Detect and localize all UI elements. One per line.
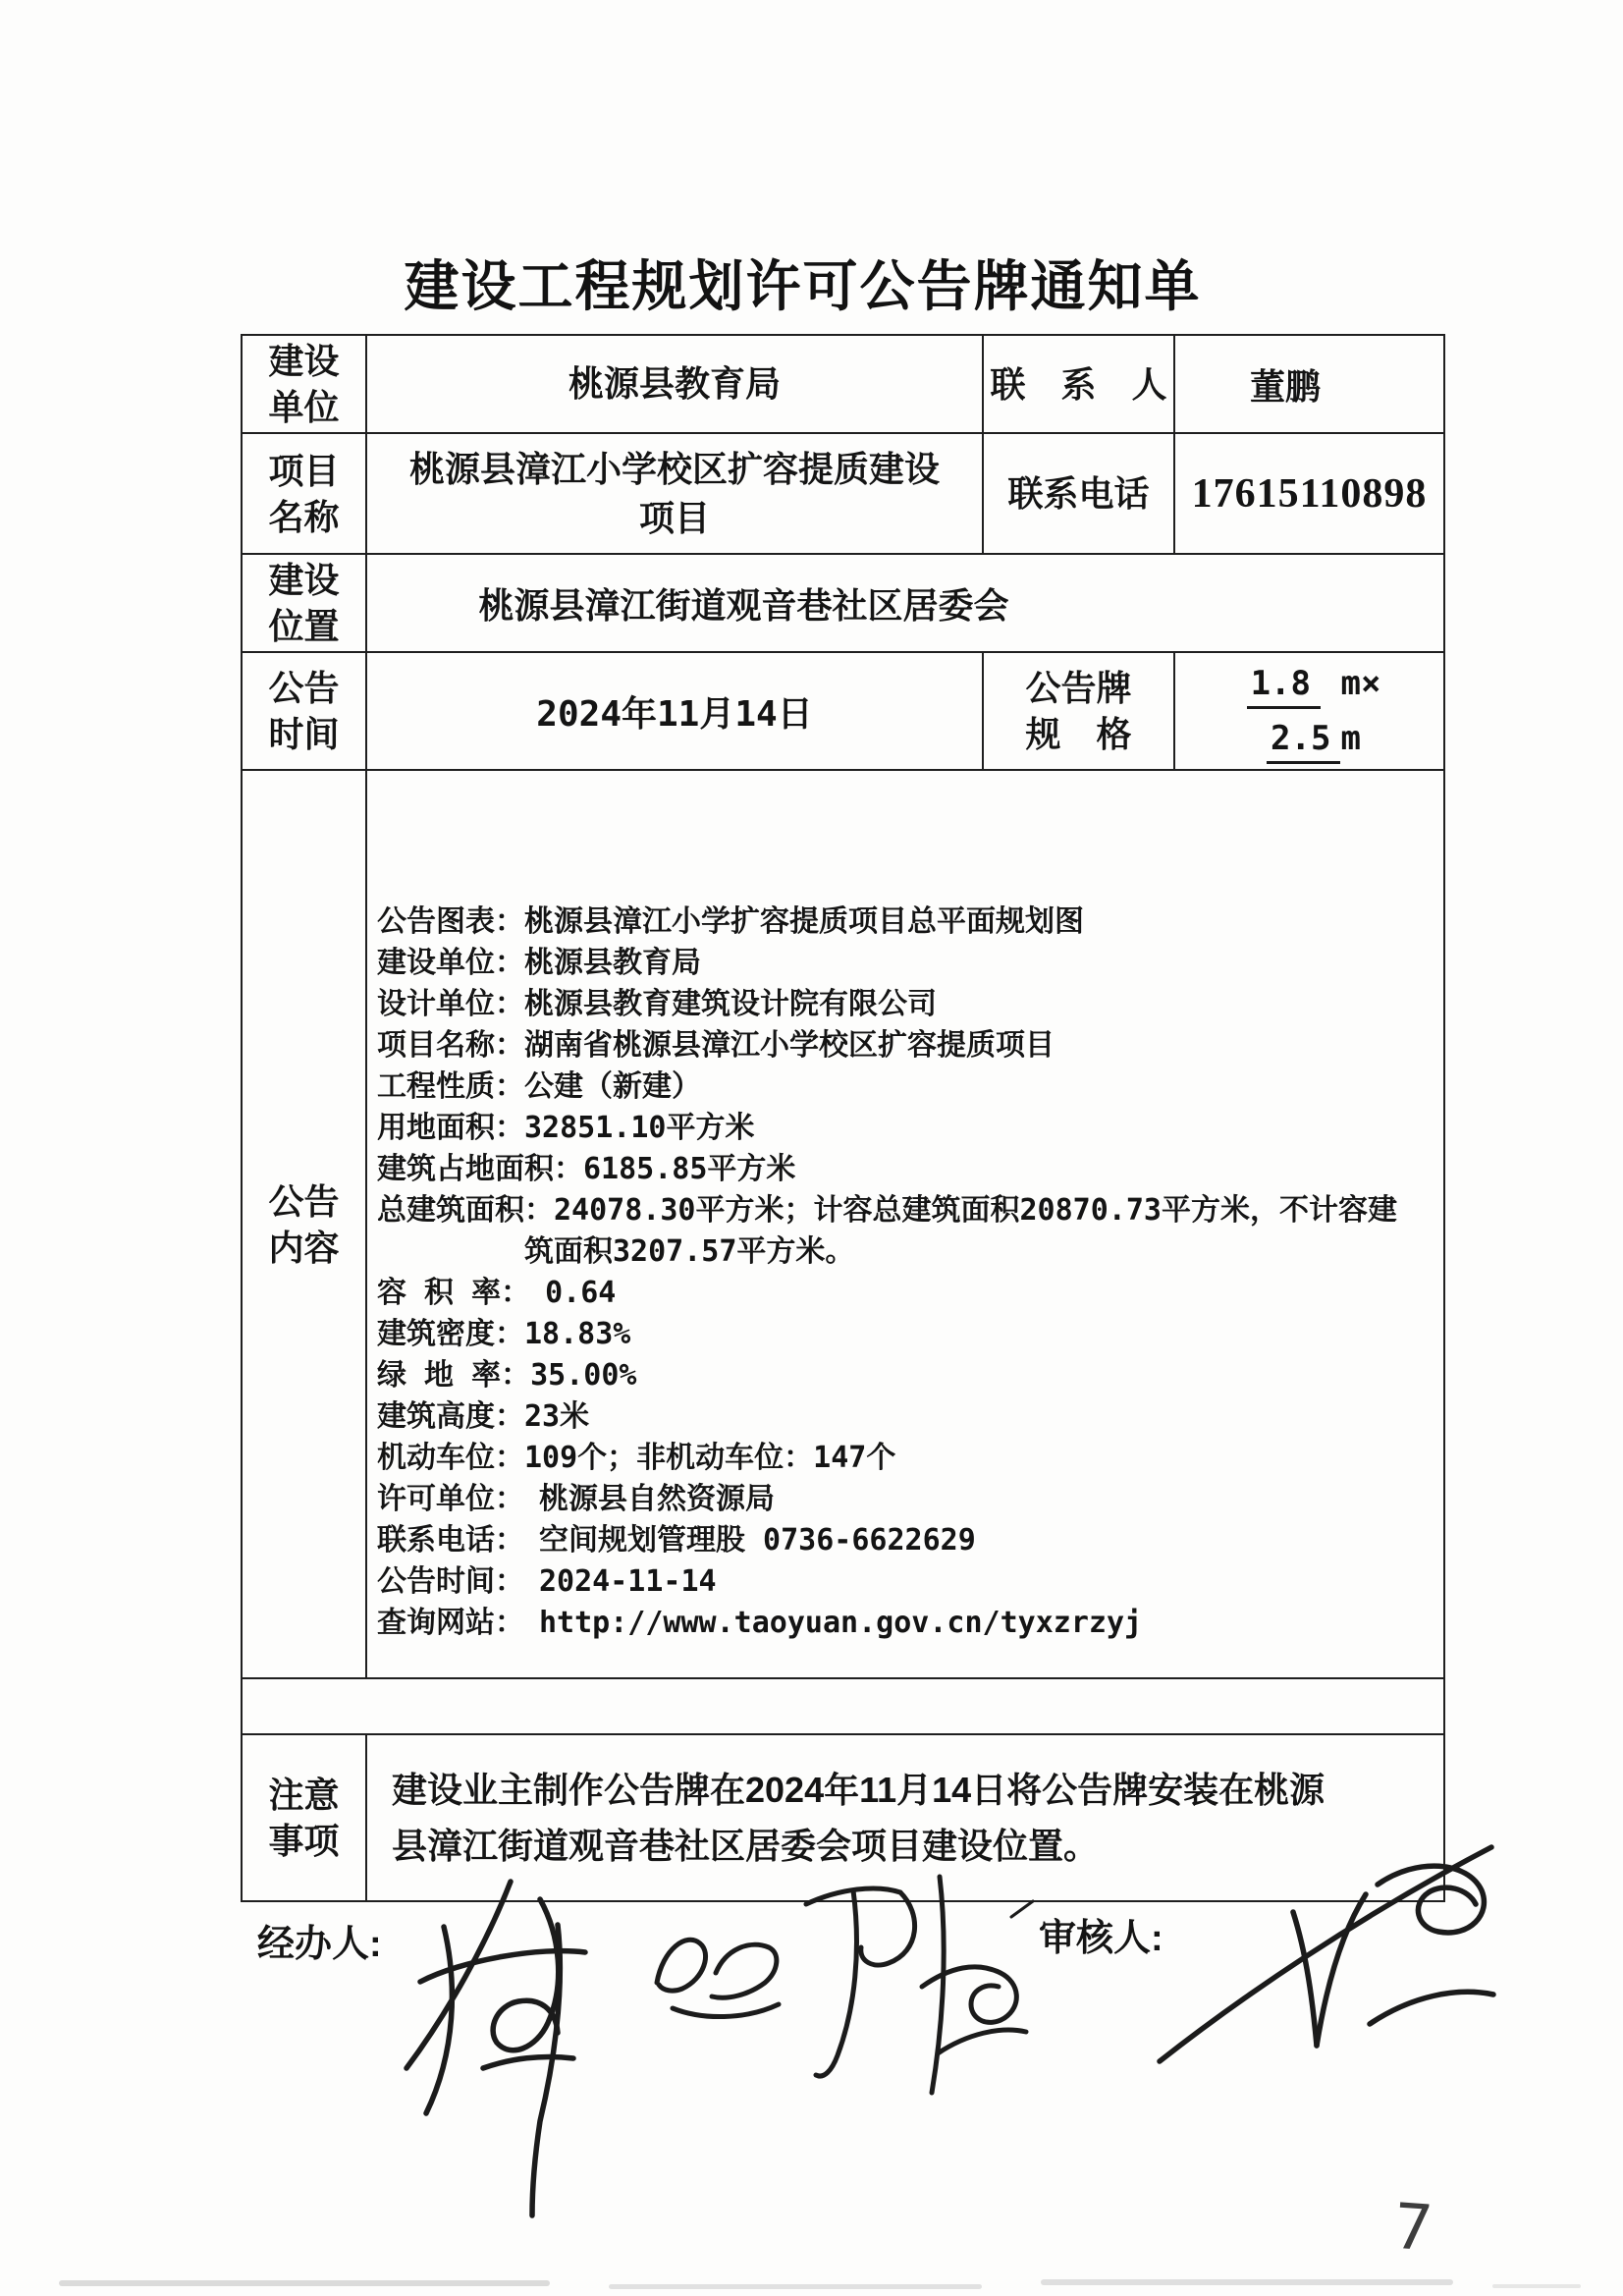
label-line: 位置	[243, 603, 365, 649]
notice-content-body: 公告图表：桃源县漳江小学扩容提质项目总平面规划图 建设单位：桃源县教育局 设计单…	[366, 770, 1444, 1678]
scan-edge-artifact	[1492, 2284, 1581, 2288]
contact-phone-value: 17615110898	[1174, 433, 1444, 554]
project-name-value: 桃源县漳江小学校区扩容提质建设项目	[366, 433, 983, 554]
content-line: 公告图表：桃源县漳江小学扩容提质项目总平面规划图	[377, 902, 1435, 943]
contact-person-label: 联 系 人	[983, 335, 1174, 433]
label-line: 规 格	[984, 711, 1173, 757]
content-line: 工程性质：公建（新建）	[377, 1066, 1435, 1108]
content-line: 建筑占地面积：6185.85平方米	[377, 1149, 1435, 1190]
handler-signature-3	[790, 1861, 1036, 2116]
label-line: 建设	[243, 557, 365, 603]
content-line: 联系电话： 空间规划管理股 0736-6622629	[377, 1520, 1435, 1561]
label-line: 注意	[243, 1772, 365, 1818]
notice-time-label: 公告 时间	[242, 652, 366, 770]
content-line: 绿 地 率：35.00%	[377, 1355, 1435, 1396]
content-line: 查询网站： http://www.taoyuan.gov.cn/tyxzrzyj	[377, 1603, 1435, 1644]
table-spacer-row	[242, 1678, 1444, 1734]
board-height: 2.5m	[1185, 711, 1442, 766]
construction-unit-value: 桃源县教育局	[366, 335, 983, 433]
contact-phone-label: 联系电话	[983, 433, 1174, 554]
location-label: 建设 位置	[242, 554, 366, 652]
project-name-label: 项目 名称	[242, 433, 366, 554]
label-line: 公告	[243, 665, 365, 711]
label-line: 事项	[243, 1818, 365, 1864]
board-spec-value: 1.8 m× 2.5m	[1174, 652, 1444, 770]
label-line: 单位	[243, 384, 365, 430]
reviewer-signature	[1144, 1822, 1507, 2077]
handler-signature-1	[393, 1866, 609, 2219]
permit-notice-table: 建设 单位 桃源县教育局 联 系 人 董鹏 项目 名称 桃源县漳江小学校区扩容提…	[241, 334, 1445, 1902]
content-line: 设计单位：桃源县教育建筑设计院有限公司	[377, 984, 1435, 1025]
scan-edge-artifact	[609, 2284, 982, 2289]
content-line: 许可单位： 桃源县自然资源局	[377, 1479, 1435, 1520]
board-spec-label: 公告牌 规 格	[983, 652, 1174, 770]
document-title: 建设工程规划许可公告牌通知单	[201, 244, 1404, 322]
construction-unit-label: 建设 单位	[242, 335, 366, 433]
notice-time-value: 2024年11月14日	[366, 652, 983, 770]
label-line: 时间	[243, 711, 365, 757]
notice-content-label: 公告 内容	[242, 770, 366, 1678]
contact-person-value: 董鹏	[1174, 335, 1444, 433]
content-line: 公告时间： 2024-11-14	[377, 1561, 1435, 1603]
content-line: 建筑高度：23米	[377, 1396, 1435, 1438]
content-line: 用地面积：32851.10平方米	[377, 1108, 1435, 1149]
content-line: 建设单位：桃源县教育局	[377, 943, 1435, 984]
label-line: 公告牌	[984, 665, 1173, 711]
content-line: 总建筑面积：24078.30平方米；计容总建筑面积20870.73平方米，不计容…	[377, 1190, 1435, 1231]
content-line: 机动车位：109个；非机动车位：147个	[377, 1438, 1435, 1479]
content-line: 容 积 率： 0.64	[377, 1273, 1435, 1314]
content-line: 建筑密度：18.83%	[377, 1314, 1435, 1355]
label-line: 公告	[243, 1178, 365, 1225]
location-value: 桃源县漳江街道观音巷社区居委会	[366, 554, 1444, 652]
label-line: 项目	[243, 448, 365, 494]
handler-signature-2	[643, 1910, 790, 2038]
page-number: 7	[1391, 2191, 1434, 2267]
board-width: 1.8 m×	[1185, 656, 1442, 711]
content-line: 项目名称：湖南省桃源县漳江小学校区扩容提质项目	[377, 1025, 1435, 1066]
scanned-document-page: { "title": "建设工程规划许可公告牌通知单", "table": { …	[0, 0, 1623, 2296]
scan-edge-artifact	[1041, 2279, 1453, 2285]
notes-label: 注意 事项	[242, 1734, 366, 1901]
handler-label: 经办人:	[257, 1913, 382, 1967]
pen-tick-mark	[1007, 1893, 1037, 1923]
scan-edge-artifact	[59, 2280, 550, 2286]
content-line: 筑面积3207.57平方米。	[377, 1231, 1435, 1273]
label-line: 名称	[243, 494, 365, 540]
label-line: 内容	[243, 1225, 365, 1271]
label-line: 建设	[243, 338, 365, 384]
